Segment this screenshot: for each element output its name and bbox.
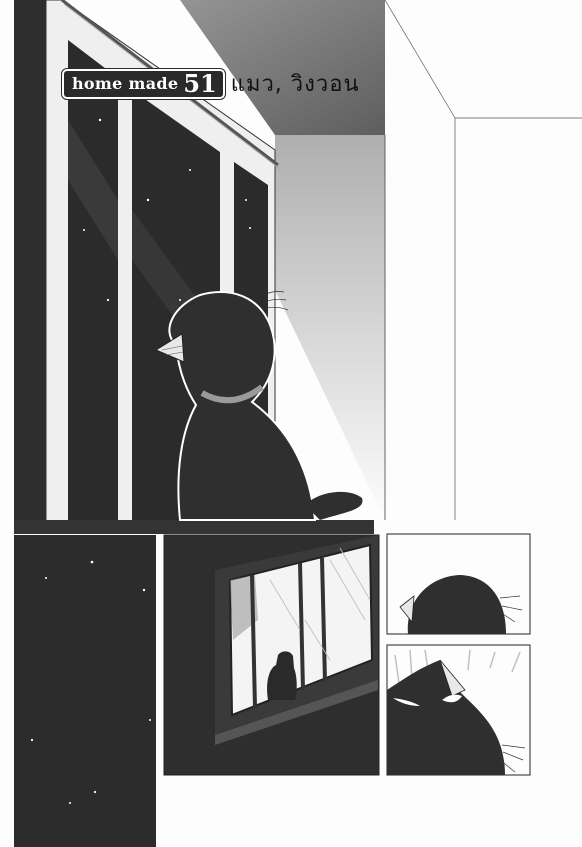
title-badge: home made 51: [62, 69, 225, 99]
chapter-subtitle: แมว, วิงวอน: [231, 66, 360, 101]
chapter-title: home made 51 แมว, วิงวอน: [62, 66, 360, 101]
panel-moon-night: [14, 535, 156, 847]
panel-window-exterior: [164, 535, 379, 775]
manga-page: home made 51 แมว, วิงวอน: [0, 0, 582, 847]
illustration: [0, 0, 582, 847]
panel-cat-closeup-eyes: [387, 645, 530, 775]
panel-cat-closeup-top: [387, 534, 530, 634]
series-name: home made: [72, 74, 178, 93]
chapter-number: 51: [183, 72, 216, 96]
